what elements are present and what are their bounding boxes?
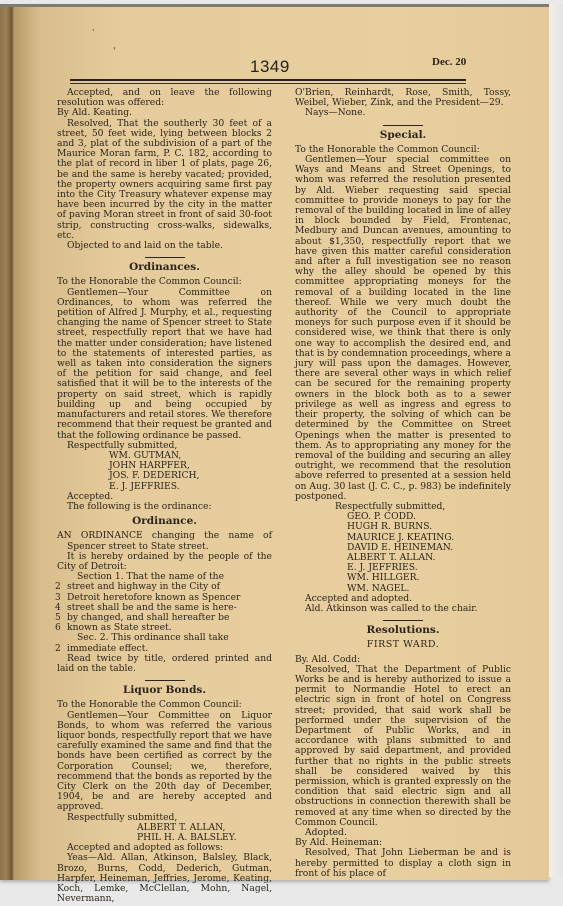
read-twice-line: Read twice by title, ordered printed and…	[57, 654, 272, 674]
intro-paragraph: Accepted, and on leave the following res…	[57, 88, 272, 108]
ordinance-enacting-clause: It is hereby ordained by the people of t…	[57, 552, 272, 572]
nays-line: Nays—None.	[295, 108, 511, 118]
header-rule	[70, 79, 466, 81]
ward-heading: FIRST WARD.	[295, 640, 511, 650]
codd-resolution: Resolved, That the Department of Public …	[295, 665, 511, 828]
heineman-resolution: Resolved, That John Lieberman be and is …	[295, 848, 511, 879]
keating-resolution: Resolved, That the southerly 30 feet of …	[57, 119, 272, 241]
signatory: JOS. F. DEDERICH,	[57, 471, 272, 481]
header-rule-thin	[70, 83, 466, 84]
paper-speck: '	[113, 47, 115, 57]
page-header: 1349	[70, 55, 470, 77]
section-separator	[383, 125, 423, 126]
section-separator	[145, 257, 185, 258]
ordinances-heading: Ordinances.	[57, 262, 272, 272]
following-line: The following is the ordinance:	[57, 502, 272, 512]
signatory: HUGH R. BURNS.	[295, 522, 511, 532]
special-body: Gentlemen—Your special committee on Ways…	[295, 155, 511, 502]
right-column: O'Brien, Reinhardt, Rose, Smith, Tossy, …	[295, 88, 511, 879]
ordinance-line: 6known as State street.	[57, 623, 272, 633]
ordinances-body: Gentlemen—Your Committee on Ordinances, …	[57, 288, 272, 441]
objected-line: Objected to and laid on the table.	[57, 241, 272, 251]
chair-line: Ald. Atkinson was called to the chair.	[295, 604, 511, 614]
paper-speck: ·	[92, 26, 95, 36]
ordinance-title-text: AN ORDINANCE changing the name of Spence…	[57, 531, 272, 551]
left-column: Accepted, and on leave the following res…	[57, 88, 272, 904]
page-edge	[549, 4, 563, 877]
special-heading: Special.	[295, 130, 511, 140]
page-number: 1349	[250, 57, 290, 77]
liquor-bonds-body: Gentlemen—Your Committee on Liquor Bonds…	[57, 711, 272, 813]
resolutions-heading: Resolutions.	[295, 625, 511, 635]
yeas-continuation: O'Brien, Reinhardt, Rose, Smith, Tossy, …	[295, 88, 511, 108]
ordinance-line: 2immediate effect.	[57, 644, 272, 654]
ordinance-heading: Ordinance.	[57, 516, 272, 526]
section-separator	[383, 620, 423, 621]
header-date: Dec. 20	[432, 56, 466, 68]
yeas-list: Yeas—Ald. Allan, Atkinson, Balsley, Blac…	[57, 853, 272, 904]
section-separator	[145, 680, 185, 681]
liquor-bonds-heading: Liquor Bonds.	[57, 685, 272, 695]
